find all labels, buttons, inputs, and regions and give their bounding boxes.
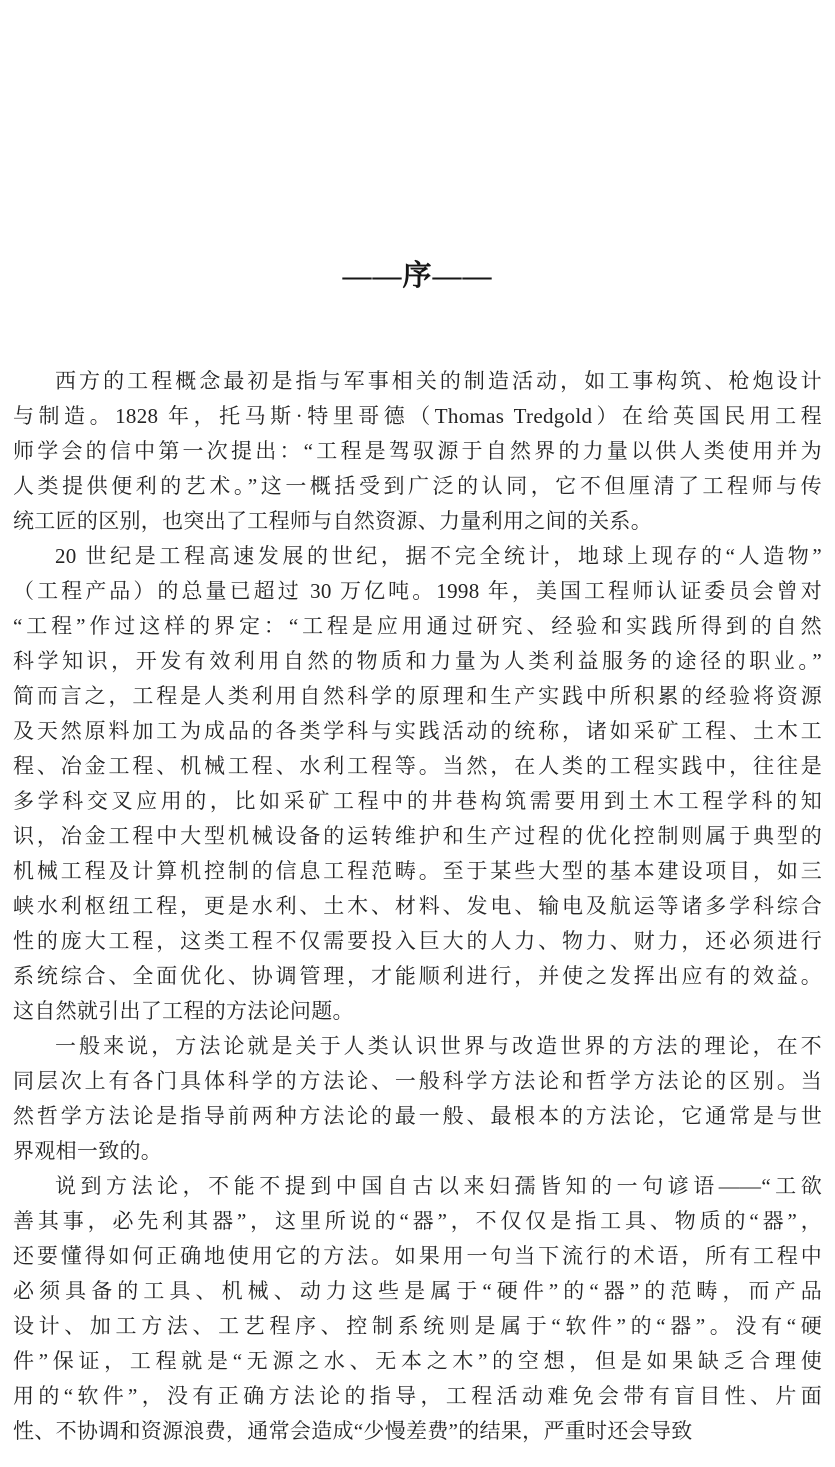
text-line: 系统综合、全面优化、协调管理，才能顺利进行，并使之发挥出应有的效益。	[13, 959, 822, 994]
text-line: 统工匠的区别，也突出了工程师与自然资源、力量利用之间的关系。	[13, 504, 822, 539]
text-line: 件”保证，工程就是“无源之水、无本之木”的空想，但是如果缺乏合理使	[13, 1344, 822, 1379]
text-line: 程、冶金工程、机械工程、水利工程等。当然，在人类的工程实践中，往往是	[13, 749, 822, 784]
text-line: 科学知识，开发有效利用自然的物质和力量为人类利益服务的途径的职业。”	[13, 644, 822, 679]
text-line: 同层次上有各门具体科学的方法论、一般科学方法论和哲学方法论的区别。当	[13, 1064, 822, 1099]
text-line: 然哲学方法论是指导前两种方法论的最一般、最根本的方法论，它通常是与世	[13, 1099, 822, 1134]
paragraph: 一般来说，方法论就是关于人类认识世界与改造世界的方法的理论，在不同层次上有各门具…	[13, 1029, 822, 1169]
paragraph: 西方的工程概念最初是指与军事相关的制造活动，如工事构筑、枪炮设计与制造。1828…	[13, 364, 822, 539]
page-title: ——序——	[13, 256, 822, 296]
text-line: 界观相一致的。	[13, 1134, 822, 1169]
text-line: “工程”作过这样的界定：“工程是应用通过研究、经验和实践所得到的自然	[13, 609, 822, 644]
text-line: 人类提供便利的艺术。”这一概括受到广泛的认同，它不但厘清了工程师与传	[13, 469, 822, 504]
document-body: 西方的工程概念最初是指与军事相关的制造活动，如工事构筑、枪炮设计与制造。1828…	[13, 364, 822, 1449]
text-line: 设计、加工方法、工艺程序、控制系统则是属于“软件”的“器”。没有“硬	[13, 1309, 822, 1344]
text-line: 与制造。1828 年，托马斯·特里哥德（Thomas Tredgold）在给英国…	[13, 399, 822, 434]
text-line: 善其事，必先利其器”，这里所说的“器”，不仅仅是指工具、物质的“器”，	[13, 1204, 822, 1239]
text-line: 还要懂得如何正确地使用它的方法。如果用一句当下流行的术语，所有工程中	[13, 1239, 822, 1274]
text-line: 性、不协调和资源浪费，通常会造成“少慢差费”的结果，严重时还会导致	[13, 1414, 822, 1449]
text-line: 20 世纪是工程高速发展的世纪，据不完全统计，地球上现存的“人造物”	[13, 539, 822, 574]
text-line: 及天然原料加工为成品的各类学科与实践活动的统称，诸如采矿工程、土木工	[13, 714, 822, 749]
text-line: 识，冶金工程中大型机械设备的运转维护和生产过程的优化控制则属于典型的	[13, 819, 822, 854]
paragraph: 说到方法论，不能不提到中国自古以来妇孺皆知的一句谚语——“工欲善其事，必先利其器…	[13, 1169, 822, 1449]
text-line: 说到方法论，不能不提到中国自古以来妇孺皆知的一句谚语——“工欲	[13, 1169, 822, 1204]
text-line: 必须具备的工具、机械、动力这些是属于“硬件”的“器”的范畴，而产品	[13, 1274, 822, 1309]
text-line: 机械工程及计算机控制的信息工程范畴。至于某些大型的基本建设项目，如三	[13, 854, 822, 889]
book-page: ——序—— 西方的工程概念最初是指与军事相关的制造活动，如工事构筑、枪炮设计与制…	[0, 0, 835, 1467]
paragraph: 20 世纪是工程高速发展的世纪，据不完全统计，地球上现存的“人造物”（工程产品）…	[13, 539, 822, 1029]
text-line: （工程产品）的总量已超过 30 万亿吨。1998 年，美国工程师认证委员会曾对	[13, 574, 822, 609]
text-line: 这自然就引出了工程的方法论问题。	[13, 994, 822, 1029]
text-line: 一般来说，方法论就是关于人类认识世界与改造世界的方法的理论，在不	[13, 1029, 822, 1064]
text-line: 多学科交叉应用的，比如采矿工程中的井巷构筑需要用到土木工程学科的知	[13, 784, 822, 819]
text-line: 西方的工程概念最初是指与军事相关的制造活动，如工事构筑、枪炮设计	[13, 364, 822, 399]
text-line: 简而言之，工程是人类利用自然科学的原理和生产实践中所积累的经验将资源	[13, 679, 822, 714]
text-line: 师学会的信中第一次提出：“工程是驾驭源于自然界的力量以供人类使用并为	[13, 434, 822, 469]
text-line: 性的庞大工程，这类工程不仅需要投入巨大的人力、物力、财力，还必须进行	[13, 924, 822, 959]
text-line: 用的“软件”，没有正确方法论的指导，工程活动难免会带有盲目性、片面	[13, 1379, 822, 1414]
text-line: 峡水利枢纽工程，更是水利、土木、材料、发电、输电及航运等诸多学科综合	[13, 889, 822, 924]
